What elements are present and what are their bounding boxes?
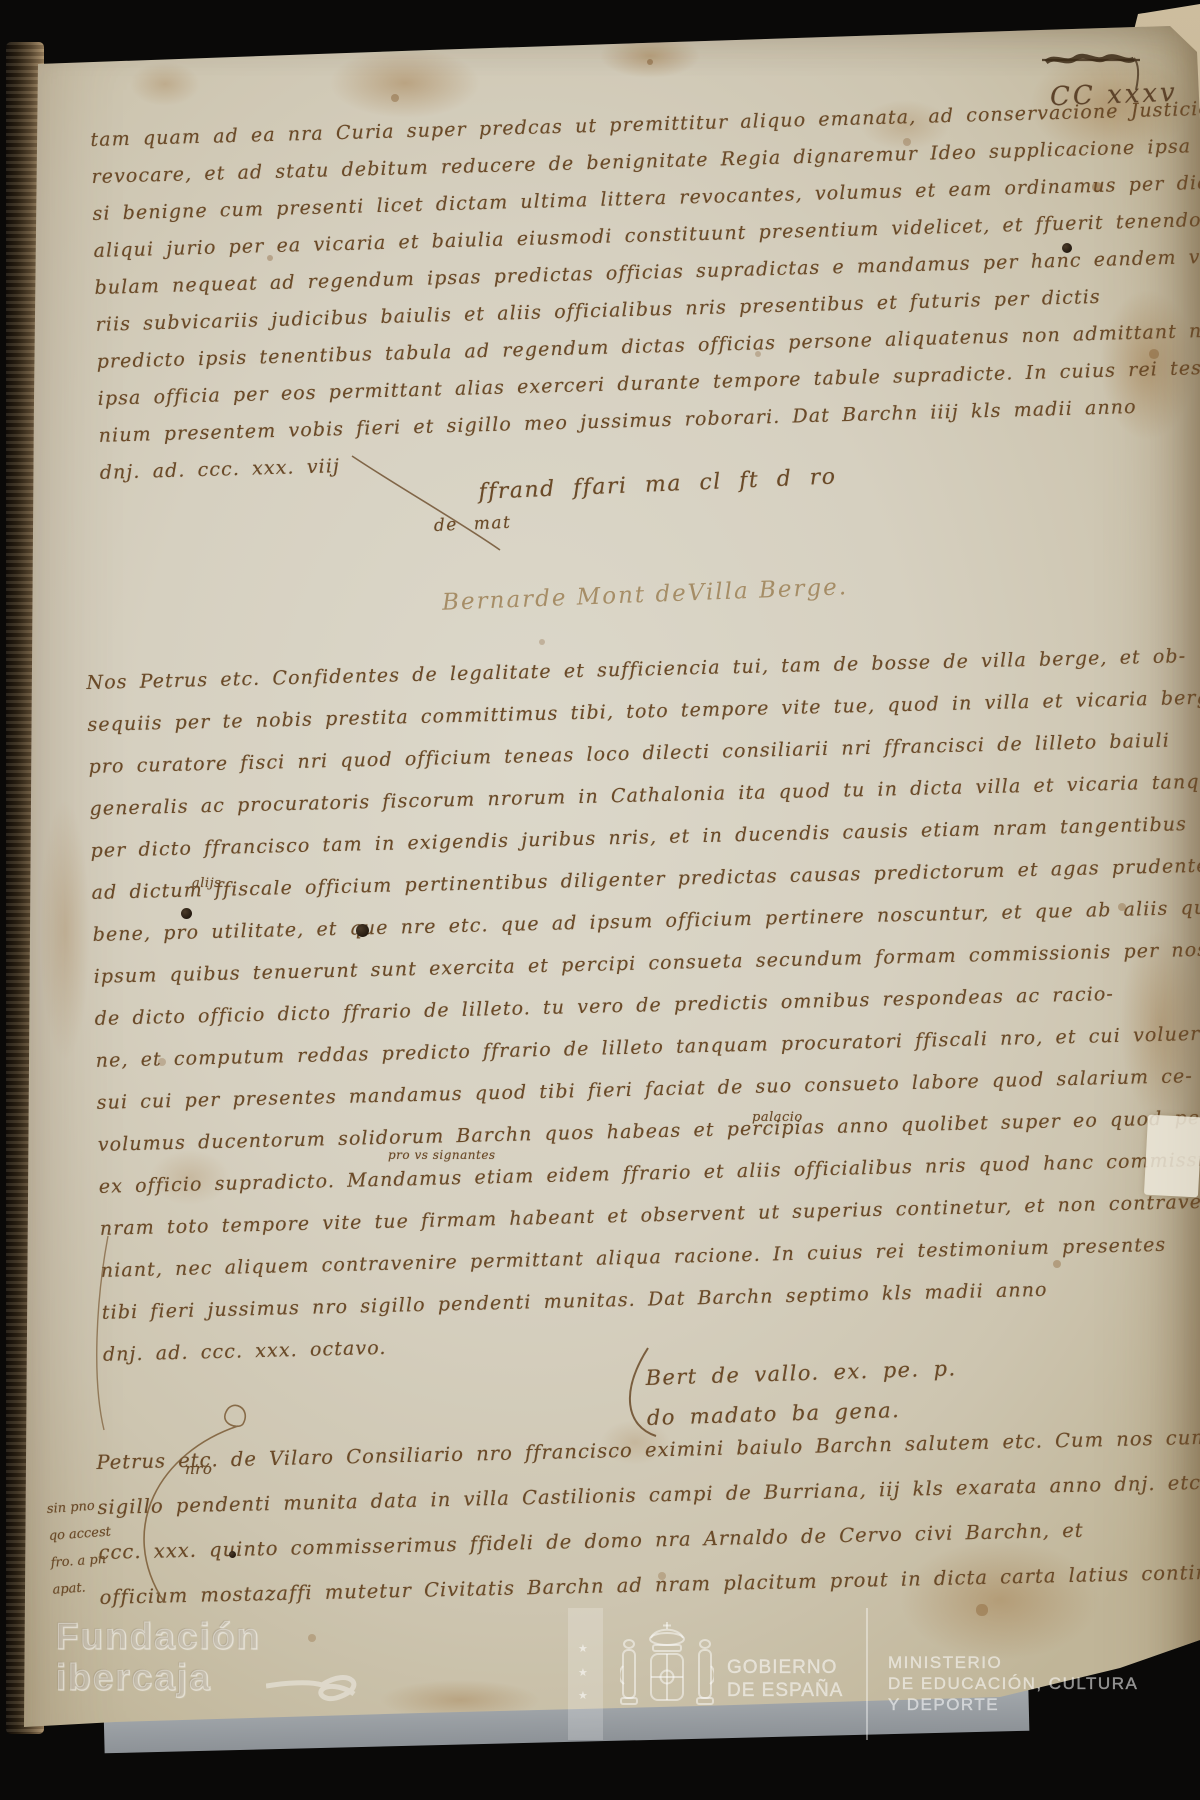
ink-blot (1062, 243, 1072, 253)
star-icon: ★ (578, 1666, 588, 1679)
text-block-2: Nos Petrus etc. Confidentes de legalitat… (86, 629, 1200, 1376)
star-icon: ★ (578, 1642, 588, 1655)
text-block-1: tam quam ad ea nra Curia super predcas u… (90, 89, 1200, 492)
watermark-divider (866, 1608, 868, 1740)
gobierno-watermark: GOBIERNO DE ESPAÑA (727, 1656, 843, 1702)
paper-stain (600, 34, 700, 78)
interlinear-word: palacio (752, 1110, 803, 1125)
ibercaja-watermark: Fundación ibercaja (56, 1616, 261, 1698)
ink-blot (356, 924, 369, 937)
ink-blot (181, 908, 192, 919)
ministerio-watermark: MINISTERIO DE EDUCACIÓN, CULTURA Y DEPOR… (888, 1652, 1138, 1715)
gobierno-watermark-line: GOBIERNO (727, 1656, 843, 1679)
paper-stain (130, 62, 200, 106)
gobierno-watermark-line: DE ESPAÑA (727, 1679, 843, 1702)
ministerio-watermark-line: MINISTERIO (888, 1652, 1138, 1673)
interlinear-word: alijs (192, 876, 221, 891)
star-icon: ★ (578, 1689, 588, 1702)
paper-stain (40, 800, 90, 1060)
interlinear-word: pro vs signantes (388, 1148, 496, 1162)
marginal-note: sin pno qo accest fro. a pn apat. (46, 1492, 116, 1604)
text-block-3: Petrus etc. de Vilaro Consiliario nro ff… (96, 1412, 1200, 1620)
ibercaja-watermark-line: ibercaja (56, 1657, 261, 1698)
ministerio-watermark-line: DE EDUCACIÓN, CULTURA (888, 1673, 1138, 1694)
manuscript-scan: CC xxxv tam quam ad ea nra Curia super p… (0, 0, 1200, 1800)
paper-stain (330, 48, 480, 118)
margin-note-line: apat. (52, 1572, 116, 1603)
ministerio-watermark-line: Y DEPORTE (888, 1694, 1138, 1715)
foxing-freckles (0, 0, 4, 4)
paper-repair-patch (1144, 1115, 1200, 1198)
margin-note-line: fro. a pn (50, 1546, 114, 1577)
gobierno-flag-bar: ★ ★ ★ (568, 1608, 603, 1740)
ibercaja-watermark-line: Fundación (56, 1616, 261, 1657)
ink-blot (229, 1551, 236, 1558)
